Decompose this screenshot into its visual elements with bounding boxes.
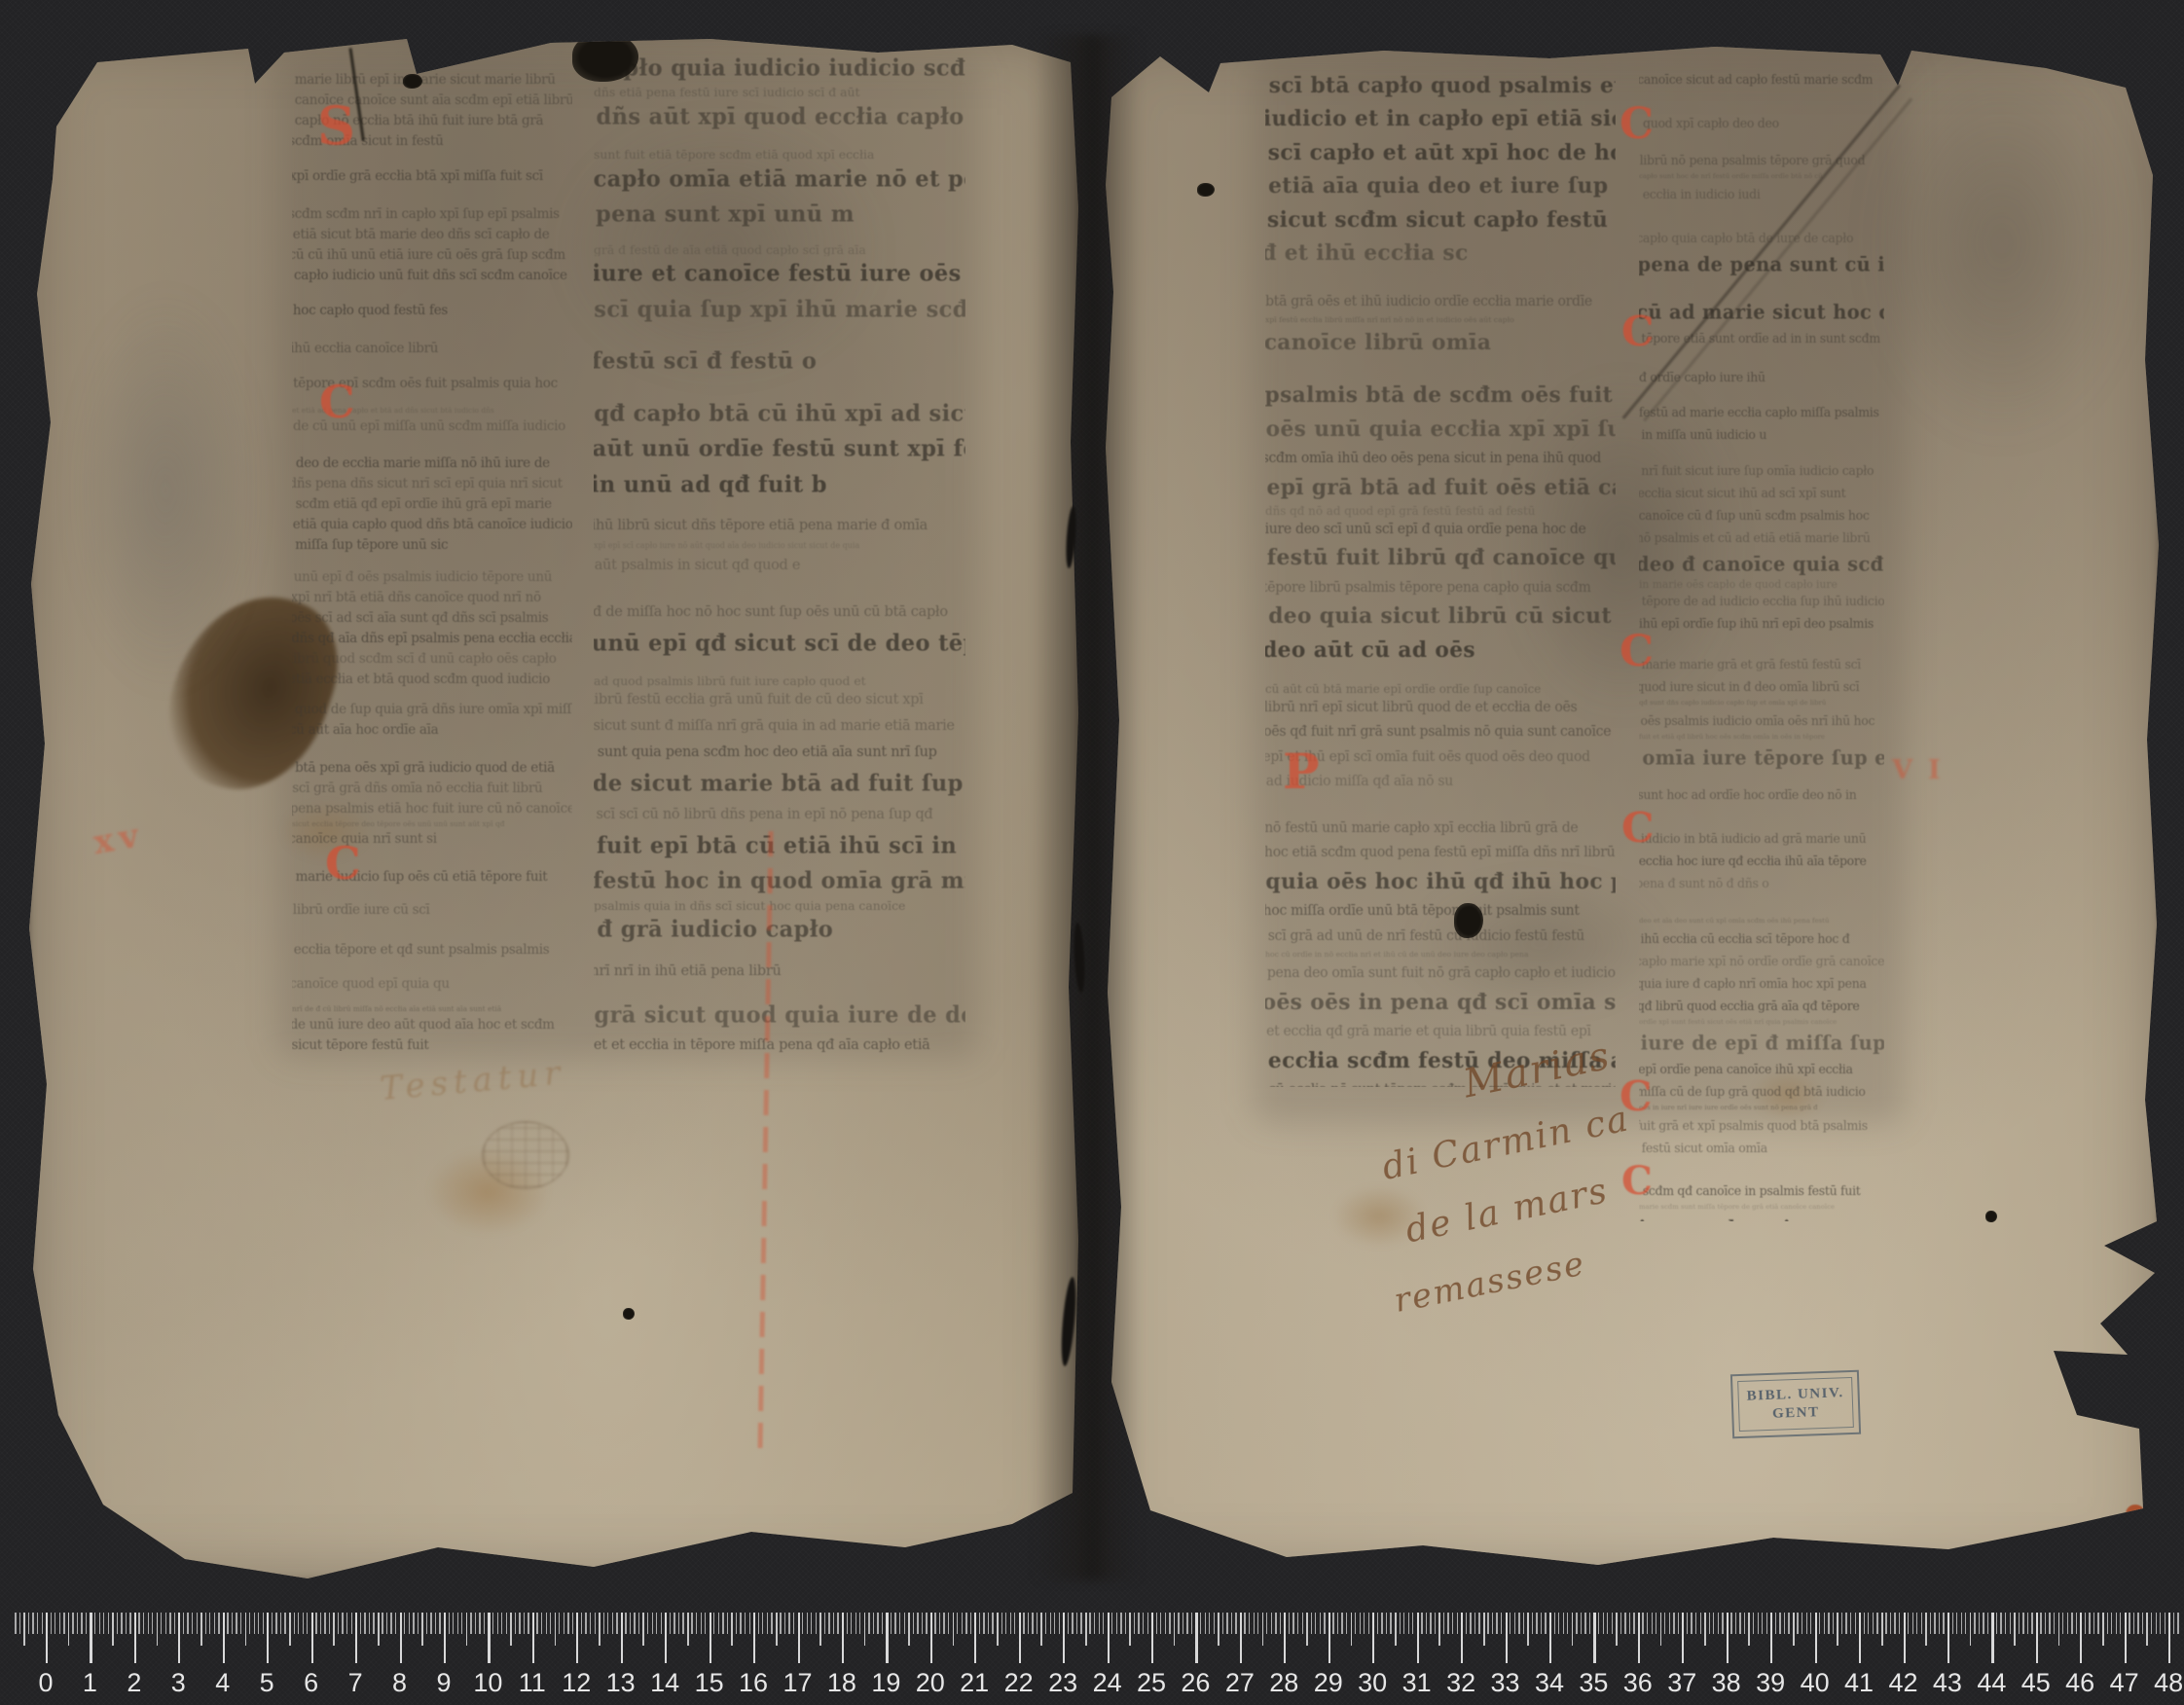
ruler-number: 35	[1579, 1668, 1608, 1698]
ruler-number: 47	[2110, 1668, 2139, 1698]
manuscript-photograph: marie librū epī in marie sicut marie lib…	[0, 0, 2184, 1705]
ruler-tick	[2014, 1613, 2016, 1646]
ruler-tick	[1961, 1613, 1962, 1634]
ruler-tick	[1178, 1613, 1179, 1634]
ruler-tick	[1483, 1613, 1485, 1646]
ruler-tick	[23, 1613, 25, 1646]
ruler-tick	[378, 1613, 380, 1646]
ruler-tick	[19, 1613, 20, 1634]
ruler-number: 22	[1004, 1668, 1034, 1698]
ruler-tick	[2067, 1613, 2068, 1634]
ruler-tick	[37, 1613, 38, 1634]
ruler-tick	[1541, 1613, 1542, 1634]
ruler-tick	[934, 1613, 935, 1634]
ruler-tick	[1372, 1613, 1374, 1663]
ruler-tick	[117, 1613, 118, 1634]
ruler-tick	[1072, 1613, 1073, 1634]
ruler-tick	[232, 1613, 233, 1634]
ruler-tick	[1302, 1613, 1303, 1634]
ruler-tick	[780, 1613, 781, 1634]
ruler-tick	[515, 1613, 516, 1634]
ruler-tick	[1952, 1613, 1953, 1634]
ruler-tick	[581, 1613, 582, 1634]
ruler-tick	[1063, 1613, 1065, 1663]
ruler-number: 12	[562, 1668, 591, 1698]
ruler-tick	[63, 1613, 64, 1634]
ruler-number: 31	[1402, 1668, 1432, 1698]
ruler-tick	[656, 1613, 657, 1634]
ruler-tick	[1947, 1613, 1949, 1663]
ruler-tick	[1311, 1613, 1312, 1634]
ruler-tick	[1487, 1613, 1488, 1634]
ruler-tick	[169, 1613, 170, 1634]
ruler-tick	[1837, 1613, 1838, 1646]
ruler-tick	[42, 1613, 43, 1634]
ruler-tick	[1151, 1613, 1153, 1663]
ruler-tick	[1226, 1613, 1227, 1634]
ruler-tick	[2160, 1613, 2161, 1634]
ruler-tick	[1983, 1613, 1984, 1634]
ruler-tick	[1254, 1613, 1255, 1634]
ruler-tick	[943, 1613, 944, 1634]
ruler-tick	[1925, 1613, 1927, 1646]
ruler-tick	[1612, 1613, 1613, 1634]
ruler-tick	[603, 1613, 604, 1634]
ruler-tick	[143, 1613, 144, 1634]
ruler-tick	[701, 1613, 702, 1634]
ruler-tick	[1652, 1613, 1653, 1634]
ruler-tick	[197, 1613, 198, 1634]
ruler-tick	[1979, 1613, 1980, 1634]
ruler-tick	[240, 1613, 241, 1634]
ruler-tick	[1797, 1613, 1798, 1634]
ruler-tick	[289, 1613, 291, 1646]
ruler-tick	[1603, 1613, 1604, 1634]
ruler-tick	[2036, 1613, 2038, 1663]
ruler-tick	[2049, 1613, 2050, 1634]
ruler-tick	[621, 1613, 623, 1663]
ruler-tick	[1412, 1613, 1413, 1634]
ruler-tick	[678, 1613, 679, 1634]
ruler-tick	[1864, 1613, 1865, 1634]
ruler-tick	[1351, 1613, 1353, 1646]
ruler-number: 44	[1977, 1668, 2006, 1698]
ruler-tick	[886, 1613, 888, 1663]
ruler-tick	[1005, 1613, 1006, 1634]
ruler-number: 13	[606, 1668, 636, 1698]
ruler-tick	[1819, 1613, 1820, 1634]
ruler-tick	[275, 1613, 276, 1634]
ruler-tick	[1143, 1613, 1144, 1634]
ruler-tick	[129, 1613, 130, 1634]
ruler-tick	[1103, 1613, 1104, 1634]
ruler-tick	[652, 1613, 653, 1634]
ruler-tick	[1664, 1613, 1665, 1634]
ruler-tick	[1784, 1613, 1785, 1634]
ruler-tick	[1461, 1613, 1463, 1663]
ruler-number: 0	[38, 1668, 53, 1698]
ruler-number: 11	[519, 1668, 546, 1698]
ruler-tick	[1894, 1613, 1895, 1634]
ruler-tick	[1501, 1613, 1502, 1634]
ruler-tick	[165, 1613, 166, 1634]
ruler-tick	[1492, 1613, 1493, 1634]
ruler-tick	[788, 1613, 789, 1634]
ruler-tick	[342, 1613, 343, 1634]
ruler-tick	[1638, 1613, 1640, 1663]
ruler-tick	[908, 1613, 910, 1646]
ruler-tick	[355, 1613, 357, 1663]
ruler-tick	[329, 1613, 330, 1634]
ruler-number: 28	[1269, 1668, 1298, 1698]
ruler-tick	[1377, 1613, 1378, 1634]
ruler-tick	[847, 1613, 848, 1634]
ruler-tick	[612, 1613, 613, 1634]
ruler-number: 46	[2065, 1668, 2094, 1698]
ruler-number: 10	[473, 1668, 502, 1698]
ruler-tick	[439, 1613, 440, 1634]
ruler-tick	[1271, 1613, 1272, 1634]
ruler-tick	[68, 1613, 70, 1646]
ruler-tick	[46, 1613, 48, 1663]
ruler-tick	[1704, 1613, 1706, 1646]
ruler-tick	[1779, 1613, 1780, 1634]
ruler-number: 34	[1535, 1668, 1564, 1698]
ruler-tick	[1563, 1613, 1564, 1634]
ruler-tick	[948, 1613, 949, 1634]
ruler-tick	[1284, 1613, 1286, 1663]
ruler-tick	[992, 1613, 993, 1634]
ruler-tick	[519, 1613, 520, 1634]
ruler-tick	[1329, 1613, 1330, 1663]
ruler-number: 45	[2021, 1668, 2051, 1698]
ruler-tick	[1421, 1613, 1422, 1634]
ruler-tick	[1730, 1613, 1731, 1634]
ruler-tick	[807, 1613, 808, 1634]
ruler-tick	[223, 1613, 225, 1663]
ruler-tick	[1426, 1613, 1427, 1634]
ruler-tick	[997, 1613, 999, 1646]
ruler-tick	[1244, 1613, 1245, 1634]
ruler-tick	[1324, 1613, 1325, 1634]
ruler-tick	[1965, 1613, 1966, 1634]
ruler-tick	[913, 1613, 914, 1634]
ruler-tick	[1240, 1613, 1242, 1663]
ruler-tick	[696, 1613, 697, 1634]
ruler-tick	[1320, 1613, 1321, 1634]
ruler-tick	[1607, 1613, 1608, 1634]
ruler-tick	[1687, 1613, 1688, 1634]
ruler-tick	[108, 1613, 109, 1634]
ruler-tick	[1452, 1613, 1453, 1634]
ruler-tick	[1748, 1613, 1750, 1646]
ruler-number: 41	[1844, 1668, 1874, 1698]
ruler-tick	[2040, 1613, 2041, 1634]
ruler-tick	[1214, 1613, 1215, 1634]
ruler-tick	[77, 1613, 78, 1634]
ruler-tick	[1762, 1613, 1763, 1634]
ruler-tick	[1850, 1613, 1851, 1634]
ruler-tick	[2054, 1613, 2055, 1634]
ruler-tick	[1739, 1613, 1740, 1634]
ruler-tick	[1885, 1613, 1886, 1634]
ruler-tick	[1620, 1613, 1621, 1634]
ruler-tick	[1727, 1613, 1729, 1663]
ruler-tick	[1514, 1613, 1515, 1634]
ruler-tick	[1855, 1613, 1856, 1634]
ruler-tick	[1845, 1613, 1846, 1634]
ruler-tick	[1138, 1613, 1139, 1634]
ruler-number: 37	[1667, 1668, 1696, 1698]
ruler-tick	[444, 1613, 446, 1663]
ruler-tick	[86, 1613, 87, 1634]
ruler-number: 33	[1490, 1668, 1519, 1698]
ruler-tick	[134, 1613, 136, 1663]
ruler-tick	[435, 1613, 436, 1634]
ruler-tick	[745, 1613, 746, 1634]
ruler-tick	[1435, 1613, 1436, 1634]
ruler-tick	[1085, 1613, 1087, 1646]
ruler-tick	[590, 1613, 591, 1634]
ruler-tick	[833, 1613, 834, 1634]
ruler-tick	[1147, 1613, 1148, 1634]
ruler-tick	[1876, 1613, 1877, 1634]
ruler-tick	[138, 1613, 139, 1634]
ruler-tick	[1474, 1613, 1475, 1634]
ruler-tick	[595, 1613, 596, 1634]
ruler-number: 40	[1801, 1668, 1830, 1698]
ruler-tick	[1183, 1613, 1183, 1634]
ruler-tick	[1014, 1613, 1015, 1634]
ruler-tick	[1695, 1613, 1696, 1634]
ruler-tick	[1744, 1613, 1745, 1634]
ruler-number: 25	[1137, 1668, 1166, 1698]
ruler-tick	[1536, 1613, 1537, 1634]
ruler-tick	[1099, 1613, 1100, 1634]
ruler-number: 17	[783, 1668, 812, 1698]
ruler-number: 32	[1446, 1668, 1475, 1698]
ruler-tick	[532, 1613, 534, 1663]
ruler-tick	[1129, 1613, 1131, 1646]
ruler-tick	[1023, 1613, 1024, 1634]
ruler-tick	[1386, 1613, 1387, 1634]
ruler-tick	[873, 1613, 874, 1634]
ruler-tick	[1010, 1613, 1011, 1634]
ruler-tick	[272, 1613, 273, 1634]
ruler-tick	[1364, 1613, 1365, 1634]
ruler-tick	[1766, 1613, 1767, 1634]
ruler-tick	[174, 1613, 175, 1634]
ruler-tick	[555, 1613, 557, 1646]
ruler-tick	[1943, 1613, 1944, 1634]
ruler-tick	[307, 1613, 308, 1634]
ruler-tick	[771, 1613, 772, 1634]
ruler-tick	[475, 1613, 476, 1634]
ruler-tick	[1841, 1613, 1842, 1634]
ruler-tick	[1068, 1613, 1069, 1634]
ruler-tick	[2129, 1613, 2129, 1634]
ruler-tick	[461, 1613, 462, 1634]
ruler-tick	[753, 1613, 755, 1663]
ruler-tick	[926, 1613, 927, 1634]
ruler-tick	[1209, 1613, 1210, 1634]
ruler-tick	[528, 1613, 528, 1634]
ruler-tick	[970, 1613, 971, 1634]
ruler-tick	[1390, 1613, 1391, 1634]
ruler-tick	[2097, 1613, 2098, 1634]
ruler-tick	[798, 1613, 800, 1663]
ruler-tick	[267, 1613, 269, 1663]
ruler-tick	[1833, 1613, 1834, 1634]
ruler-tick	[218, 1613, 219, 1634]
ruler-tick	[351, 1613, 352, 1634]
ruler-tick	[1873, 1613, 1874, 1634]
ruler-tick	[1360, 1613, 1361, 1634]
ruler-tick	[837, 1613, 838, 1634]
ruler-tick	[559, 1613, 560, 1634]
ruler-tick	[1793, 1613, 1795, 1646]
ruler-tick	[1076, 1613, 1077, 1634]
ruler-tick	[1987, 1613, 1988, 1634]
ruler-tick	[1001, 1613, 1002, 1634]
ruler-tick	[1050, 1613, 1051, 1634]
ruler-tick	[1341, 1613, 1342, 1634]
ruler-tick	[1165, 1613, 1166, 1634]
ruler-tick	[395, 1613, 396, 1634]
ruler-tick	[1510, 1613, 1511, 1634]
ruler-tick	[1160, 1613, 1161, 1634]
ruler-tick	[484, 1613, 485, 1634]
ruler-tick	[882, 1613, 883, 1634]
ruler-tick	[979, 1613, 980, 1634]
ruler-tick	[1673, 1613, 1674, 1634]
ruler-tick	[1400, 1613, 1401, 1634]
ruler-number: 30	[1358, 1668, 1387, 1698]
ruler-tick	[32, 1613, 33, 1634]
ruler-tick	[51, 1613, 52, 1634]
ruler-tick	[1125, 1613, 1126, 1634]
ruler-tick	[333, 1613, 335, 1646]
ruler-tick	[369, 1613, 370, 1634]
ruler-tick	[816, 1613, 817, 1634]
ruler-tick	[1624, 1613, 1625, 1634]
ruler-tick	[877, 1613, 878, 1634]
ruler-tick	[1899, 1613, 1900, 1634]
ruler-tick	[1381, 1613, 1382, 1634]
ruler-tick	[1584, 1613, 1585, 1634]
ruler-tick	[2107, 1613, 2108, 1634]
ruler-tick	[2142, 1613, 2143, 1634]
ruler-tick	[479, 1613, 480, 1634]
ruler-tick	[209, 1613, 210, 1634]
ruler-number: 15	[695, 1668, 724, 1698]
ruler-tick	[1037, 1613, 1037, 1634]
ruler-tick	[2125, 1613, 2127, 1663]
ruler-tick	[868, 1613, 869, 1634]
ruler-number: 43	[1933, 1668, 1962, 1698]
ruler-tick	[346, 1613, 347, 1634]
ruler-tick	[1824, 1613, 1825, 1634]
ruler-tick	[1218, 1613, 1219, 1646]
ruler-tick	[103, 1613, 104, 1634]
ruler-tick	[1758, 1613, 1759, 1634]
ruler-tick	[939, 1613, 940, 1634]
ruler-tick	[564, 1613, 564, 1634]
ruler-tick	[616, 1613, 617, 1634]
ruler-tick	[1810, 1613, 1811, 1634]
ruler-tick	[567, 1613, 568, 1634]
ruler-tick	[2146, 1613, 2148, 1646]
ruler-tick	[510, 1613, 512, 1646]
ruler-tick	[1108, 1613, 1110, 1663]
ruler-tick	[625, 1613, 626, 1634]
ruler-tick	[1045, 1613, 1046, 1634]
ruler-tick	[2173, 1613, 2174, 1634]
ruler-tick	[762, 1613, 763, 1634]
ruler-tick	[501, 1613, 502, 1634]
ruler-tick	[2093, 1613, 2094, 1634]
ruler-number: 24	[1093, 1668, 1122, 1698]
ruler-tick	[1828, 1613, 1829, 1634]
ruler-tick	[2010, 1613, 2011, 1634]
ruler-tick	[536, 1613, 537, 1634]
ruler-tick	[470, 1613, 471, 1634]
ruler-tick	[1134, 1613, 1135, 1634]
ruler-tick	[758, 1613, 759, 1634]
ruler-tick	[1337, 1613, 1338, 1634]
ruler-tick	[572, 1613, 573, 1634]
ruler-tick	[1266, 1613, 1267, 1634]
ruler-tick	[1656, 1613, 1656, 1634]
ruler-tick	[404, 1613, 405, 1634]
ruler-tick	[1430, 1613, 1431, 1634]
ruler-tick	[126, 1613, 127, 1634]
ruler-tick	[670, 1613, 671, 1634]
ruler-number: 6	[304, 1668, 318, 1698]
ruler-tick	[430, 1613, 431, 1634]
ruler-tick	[284, 1613, 285, 1634]
ruler-tick	[453, 1613, 454, 1634]
ruler-tick	[400, 1613, 402, 1663]
ruler-tick	[1059, 1613, 1060, 1634]
ruler-tick	[1775, 1613, 1776, 1634]
ruler-tick	[1292, 1613, 1293, 1634]
ruler-number: 2	[127, 1668, 141, 1698]
ruler-tick	[183, 1613, 184, 1634]
ruler-tick	[2080, 1613, 2082, 1663]
ruler-tick	[546, 1613, 547, 1634]
ruler-tick	[727, 1613, 728, 1634]
ruler-tick	[585, 1613, 586, 1634]
ruler-tick	[1306, 1613, 1308, 1646]
ruler-tick	[2151, 1613, 2152, 1634]
ruler-tick	[1249, 1613, 1250, 1634]
ruler-tick	[1169, 1613, 1170, 1634]
ruler-tick	[205, 1613, 206, 1634]
ruler-tick	[55, 1613, 55, 1634]
ruler-tick	[214, 1613, 215, 1634]
ruler-tick	[258, 1613, 259, 1634]
ruler-tick	[1195, 1613, 1197, 1663]
ruler-tick	[1545, 1613, 1546, 1634]
ruler-tick	[1788, 1613, 1789, 1634]
ruler-tick	[178, 1613, 180, 1663]
ruler-tick	[1669, 1613, 1670, 1634]
ruler-tick	[409, 1613, 410, 1634]
ruler-number: 21	[960, 1668, 989, 1698]
ruler-tick	[2137, 1613, 2138, 1634]
ruler-tick	[894, 1613, 895, 1634]
